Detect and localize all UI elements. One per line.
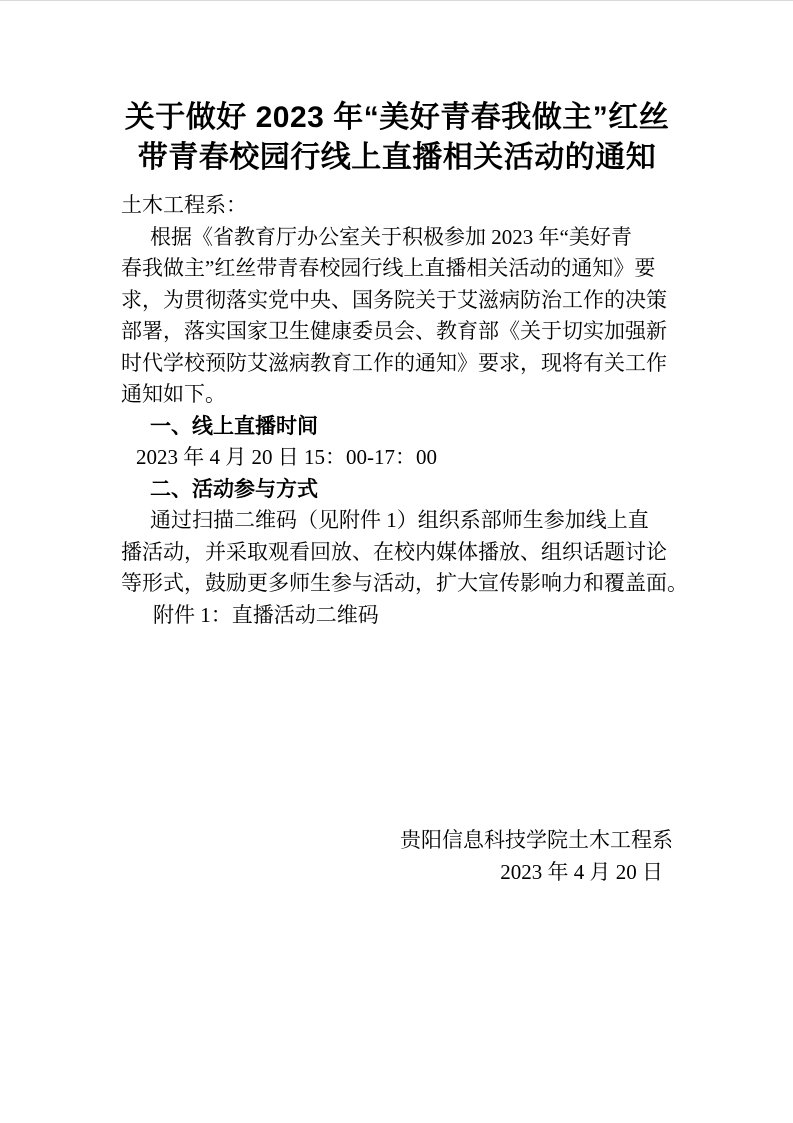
section2-heading: 二、活动参与方式 [121,474,673,506]
signature-date: 2023 年 4 月 20 日 [121,857,673,889]
section1-heading: 一、线上直播时间 [121,411,673,443]
intro-line-6: 通知如下。 [121,379,673,411]
intro-line-5: 时代学校预防艾滋病教育工作的通知》要求，现将有关工作 [121,348,673,380]
salutation: 土木工程系： [121,190,673,222]
intro-line-4: 部署，落实国家卫生健康委员会、教育部《关于切实加强新 [121,316,673,348]
signature-org: 贵阳信息科技学院土木工程系 [121,825,673,857]
broadcast-time: 2023 年 4 月 20 日 15：00-17：00 [121,442,673,474]
attachment-note: 附件 1：直播活动二维码 [121,600,673,632]
intro-line-3: 求，为贯彻落实党中央、国务院关于艾滋病防治工作的决策 [121,285,673,317]
signature-block: 贵阳信息科技学院土木工程系 2023 年 4 月 20 日 [121,825,673,888]
document-content: 关于做好 2023 年“美好青春我做主”红丝 带青春校园行线上直播相关活动的通知… [121,98,673,888]
document-body: 土木工程系： 根据《省教育厅办公室关于积极参加 2023 年“美好青 春我做主”… [121,190,673,631]
participation-line-3: 等形式，鼓励更多师生参与活动，扩大宣传影响力和覆盖面。 [121,568,673,600]
intro-line-1: 根据《省教育厅办公室关于积极参加 2023 年“美好青 [121,222,673,254]
participation-line-1: 通过扫描二维码（见附件 1）组织系部师生参加线上直 [121,505,673,537]
title-line-1: 关于做好 2023 年“美好青春我做主”红丝 [121,98,673,138]
document-title: 关于做好 2023 年“美好青春我做主”红丝 带青春校园行线上直播相关活动的通知 [121,98,673,178]
participation-line-2: 播活动，并采取观看回放、在校内媒体播放、组织话题讨论 [121,537,673,569]
intro-line-2: 春我做主”红丝带青春校园行线上直播相关活动的通知》要 [121,253,673,285]
document-page: 关于做好 2023 年“美好青春我做主”红丝 带青春校园行线上直播相关活动的通知… [0,0,793,1123]
title-line-2: 带青春校园行线上直播相关活动的通知 [121,138,673,178]
